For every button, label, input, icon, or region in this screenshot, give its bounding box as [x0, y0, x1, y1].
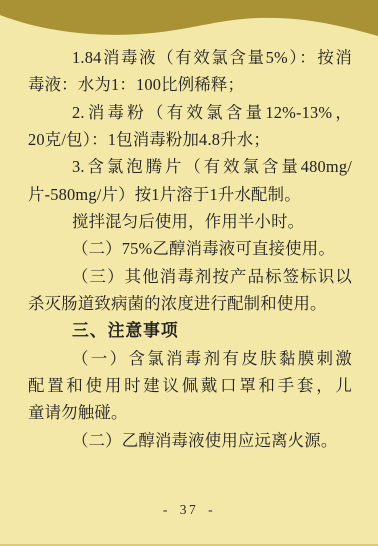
text-line: （二）75%乙醇消毒液可直接使用。	[28, 235, 352, 262]
text-line: 配置和使用时建议佩戴口罩和手套，儿	[28, 372, 352, 399]
text-line: 杀灭肠道致病菌的浓度进行配制和使用。	[28, 290, 352, 317]
text-line: （二）乙醇消毒液使用应远离火源。	[28, 427, 352, 454]
text-line: 2.消毒粉（有效氯含量12%-13%，	[28, 99, 352, 126]
text-line: （三）其他消毒剂按产品标签标识以	[28, 263, 352, 290]
text-line: 20克/包）：1包消毒粉加4.8升水；	[28, 126, 352, 153]
text-line: 三、注意事项	[28, 317, 352, 344]
page-number: - 37 -	[0, 502, 378, 518]
text-line: （一）含氯消毒剂有皮肤黏膜刺激性，	[28, 345, 352, 372]
page-content: 1.84消毒液（有效氯含量5%）：按消毒液：水为1：100比例稀释；2.消毒粉（…	[28, 44, 352, 454]
text-line: 毒液：水为1：100比例稀释；	[28, 71, 352, 98]
text-line: 片-580mg/片）按1片溶于1升水配制。	[28, 181, 352, 208]
text-line: 3.含氯泡腾片（有效氯含量480mg/	[28, 153, 352, 180]
document-page: 1.84消毒液（有效氯含量5%）：按消毒液：水为1：100比例稀释；2.消毒粉（…	[0, 0, 378, 546]
text-line: 搅拌混匀后使用，作用半小时。	[28, 208, 352, 235]
top-wave-decoration	[0, 0, 378, 40]
text-line: 童请勿触碰。	[28, 399, 352, 426]
text-line: 1.84消毒液（有效氯含量5%）：按消	[28, 44, 352, 71]
